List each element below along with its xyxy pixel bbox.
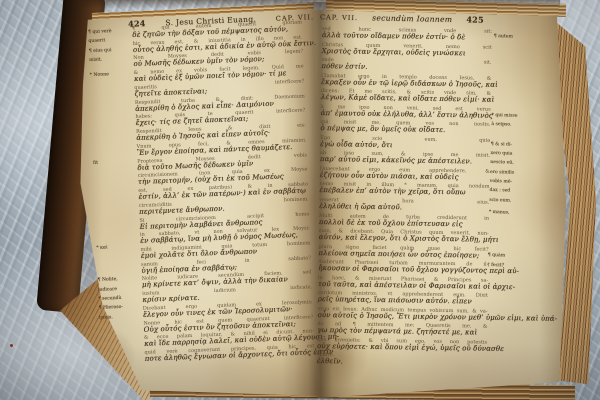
- top-shadow: [80, 0, 560, 9]
- interlinear-line: ergo eis Iesus: Adhuc modicum tempus vob…: [317, 307, 487, 322]
- interlinear-line: eum, & dicebant: Quia Christus quum vene…: [319, 229, 489, 244]
- margin-note: nescio eū,: [490, 160, 514, 166]
- interlinear-line: venire. ἐλθεῖν.: [317, 353, 487, 368]
- red-speck-on-fabric: [10, 344, 13, 347]
- margin-note: * secundù: [98, 296, 121, 302]
- interlinear-line: non invenietis: & vbi sum ego, vos non p…: [317, 338, 487, 353]
- interlinear-line: sed hunc scimus vnde sit: ἀλλὰ τοῦτον οἴ…: [322, 27, 492, 42]
- margin-note: ero similis: [490, 170, 514, 176]
- margin-note: ¶ & si di-: [491, 142, 512, 148]
- margin-note: ¶ quàm: [488, 253, 506, 259]
- margin-note: * καὶ: [96, 245, 108, 250]
- margin-note: ¶ Hieroso-: [99, 305, 123, 311]
- margin-note: * Nonne: [90, 72, 109, 78]
- right-margin-notes: ¶ autem * qui misse à seipso. ¶ & si di-…: [484, 30, 544, 391]
- interlinear-line: vnde sit. πόθεν ἐστίν.: [321, 58, 491, 73]
- margin-note: lymis.: [99, 315, 113, 321]
- right-chapter-heading: CAP. VII.: [320, 13, 358, 22]
- margin-note: † fecit?: [487, 262, 504, 268]
- margin-note: xero quia: [490, 151, 512, 157]
- interlinear-line: qui misit me, quem vos non nostis. ὁ πέμ…: [320, 120, 490, 135]
- margin-note: scio eum.: [489, 198, 511, 204]
- interlinear-line: nemo misit in illum * manum, quia nondum…: [319, 182, 489, 197]
- interlinear-line: do ad ¶ mittentem me: Quaeretis me, & γω…: [317, 322, 487, 337]
- right-page-number: 425: [466, 14, 484, 24]
- interlinear-line: Audierunt Pharisaei turbam murmurantem d…: [318, 260, 488, 275]
- margin-note: quaerit: [88, 39, 105, 45]
- margin-note: vobis mē-: [490, 179, 512, 185]
- interlinear-line: à me ipso non veni, sed est verus ἀπ’ ἐμ…: [321, 105, 491, 120]
- interlinear-line: ab ipso sum, & ipse me misit. παρ’ αὐτοῦ…: [320, 151, 490, 166]
- interlinear-line: plura signa faciet quàm quae hic fecit? …: [318, 245, 488, 260]
- left-page-text: ¶ qui autem quaerit gloriam δὲ ζητῶν τὴν…: [132, 20, 316, 394]
- margin-note: ¶ Nolite,: [98, 277, 118, 283]
- interlinear-line: Clamabat ergo in templo docens Iesus, & …: [321, 74, 491, 89]
- margin-note: fit: [93, 161, 98, 166]
- margin-note: iudicare: [98, 287, 117, 293]
- margin-note: ¶ autem: [494, 34, 513, 40]
- interlinear-line: Christus quum venerit, nemo scit Χριστὸς…: [322, 43, 492, 58]
- interlinear-line: Multi autem de turba crediderunt in πολλ…: [319, 214, 489, 229]
- margin-note: * manus,: [489, 210, 510, 216]
- margin-note: à seipso.: [491, 122, 511, 128]
- interlinear-line: lo haec, & miserunt Pharisaei & Principe…: [318, 276, 488, 291]
- photo-of-open-antique-book: 424 S. Jesu Christi Euang. CAP. VII. ¶ q…: [0, 0, 600, 400]
- interlinear-line: dicens: Et me scitis, & scitis vnde sim,…: [321, 89, 491, 104]
- interlinear-line: Ego scio eum, quia ἐγὼ οἶδα αὐτόν, ὅτι: [320, 136, 490, 151]
- right-page-text: sed hunc scimus vnde sit: ἀλλὰ τοῦτον οἴ…: [316, 27, 492, 396]
- margin-note: ¶ qui verè: [88, 29, 112, 35]
- margin-note: dax : sed: [489, 188, 510, 194]
- interlinear-line: cerdotum ministros, vt apprehenderent eu…: [318, 291, 488, 306]
- margin-note: ¶ eius qui: [89, 48, 112, 54]
- interlinear-line: venerat hora eius. ἐληλύθει ἡ ὥρα αὐτοῦ.: [319, 198, 489, 213]
- interlinear-line: Quaerebant ergo eum apprehendere, & ἐζήτ…: [320, 167, 490, 182]
- margin-note: * qui misse: [492, 113, 518, 119]
- margin-note: misit.: [89, 58, 102, 64]
